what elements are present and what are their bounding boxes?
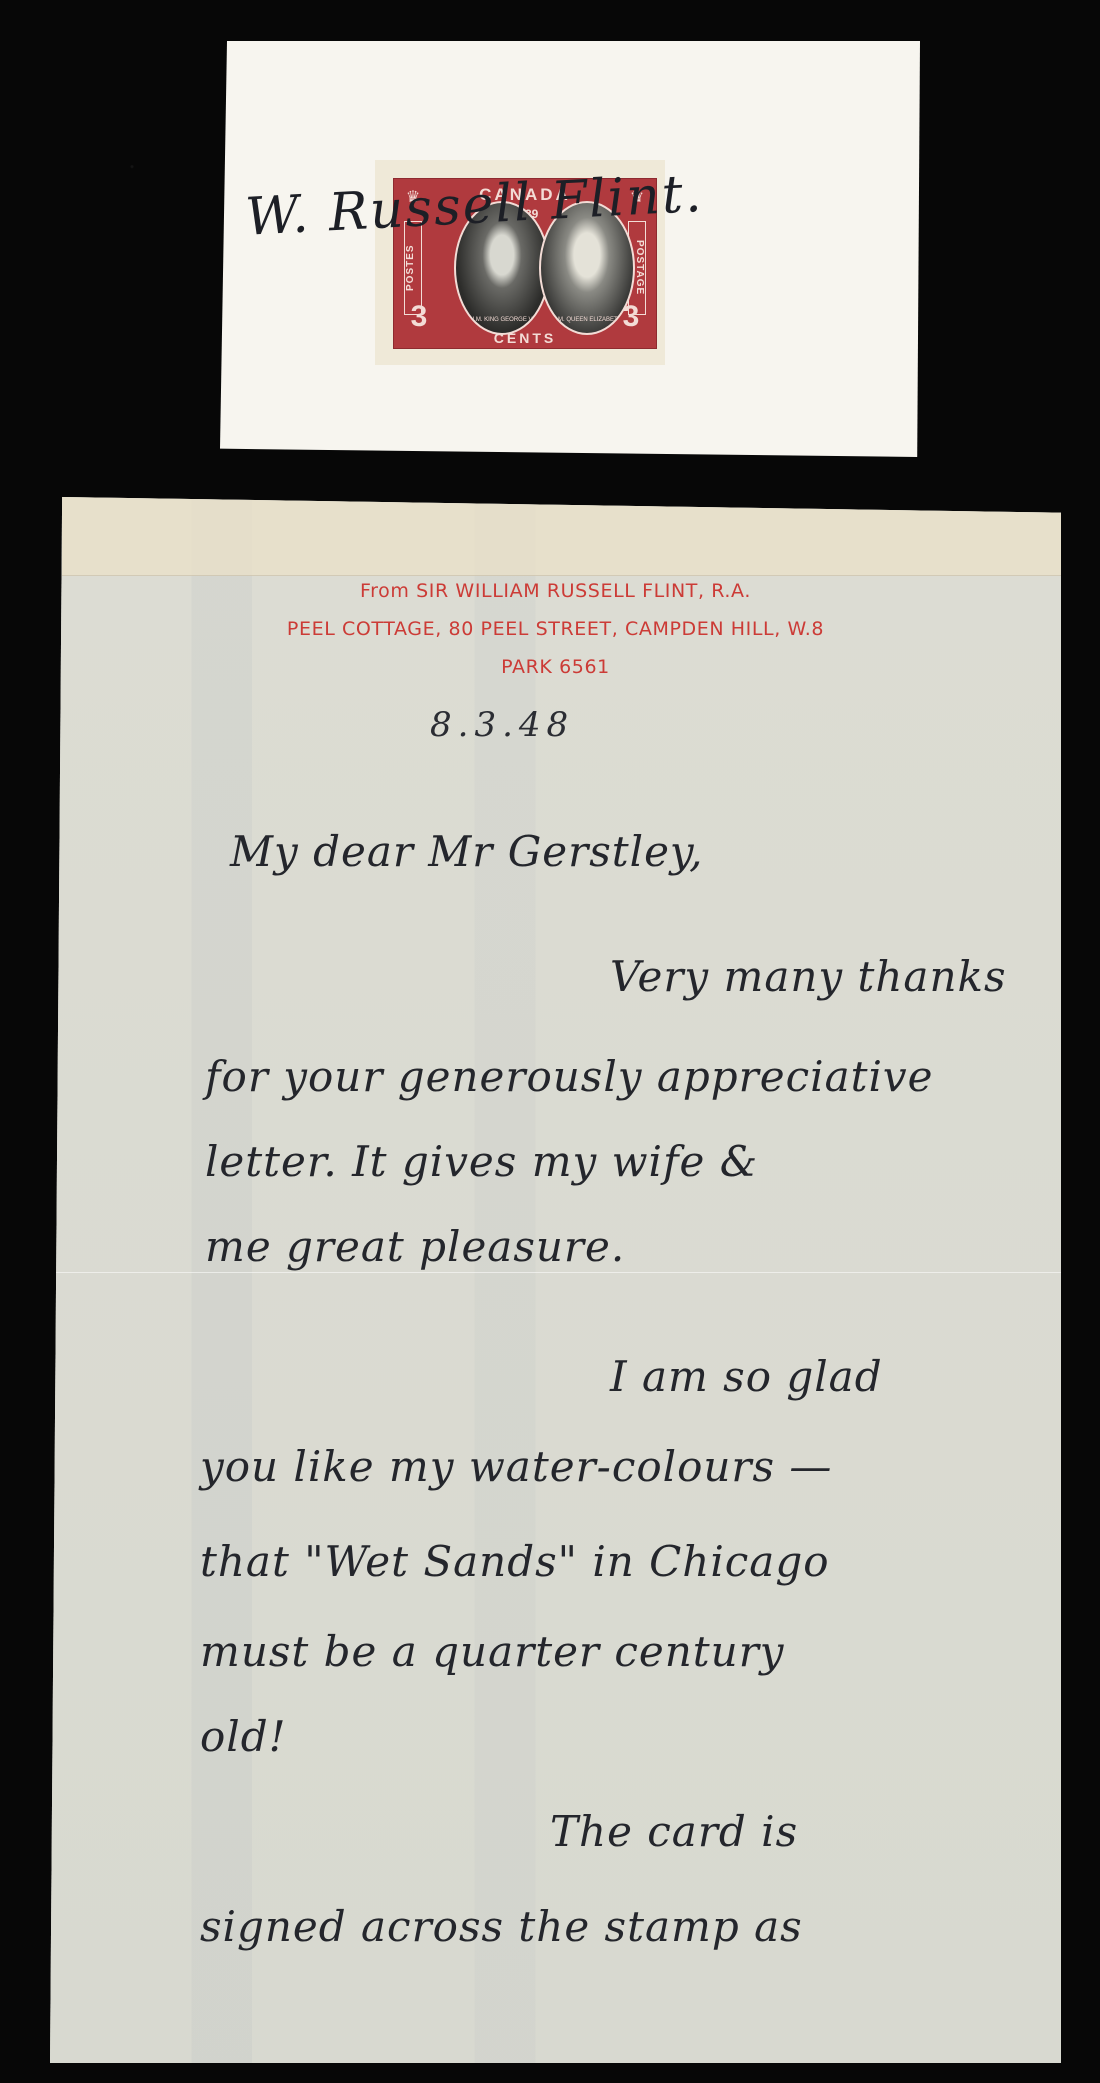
body-line: signed across the stamp as: [200, 1902, 803, 1951]
letterhead-address: PEEL COTTAGE, 80 PEEL STREET, CAMPDEN HI…: [50, 610, 1061, 648]
salutation: My dear Mr Gerstley,: [230, 827, 703, 876]
stamp-denomination: CENTS: [394, 330, 656, 346]
body-line: you like my water-colours —: [200, 1442, 832, 1491]
letterhead-sender: From SIR WILLIAM RUSSELL FLINT, R.A.: [50, 572, 1061, 610]
body-line: for your generously appreciative: [205, 1052, 934, 1101]
body-line: letter. It gives my wife &: [205, 1137, 758, 1186]
stamp-value-left: 3: [404, 300, 434, 334]
letterhead-phone: PARK 6561: [50, 648, 1061, 686]
handwritten-letter: From SIR WILLIAM RUSSELL FLINT, R.A. PEE…: [50, 497, 1061, 2063]
letterhead: From SIR WILLIAM RUSSELL FLINT, R.A. PEE…: [50, 572, 1061, 686]
letter-date: 8.3.48: [430, 705, 574, 745]
body-line: Very many thanks: [610, 952, 1007, 1001]
body-line: that "Wet Sands" in Chicago: [200, 1537, 830, 1586]
signed-card: ♛ ♛ CANADA 1939 POSTES POSTAGE H.M. KING…: [220, 41, 920, 457]
body-line: must be a quarter century: [200, 1627, 785, 1676]
body-line: me great pleasure.: [205, 1222, 625, 1271]
tape-strip: [62, 497, 1061, 576]
body-line: I am so glad: [610, 1352, 883, 1401]
fold-line: [50, 1272, 1061, 1273]
stamp-value-right: 3: [616, 300, 646, 334]
body-line: old!: [200, 1712, 286, 1761]
body-line: The card is: [550, 1807, 798, 1856]
king-caption: H.M. KING GEORGE VI: [456, 317, 548, 323]
